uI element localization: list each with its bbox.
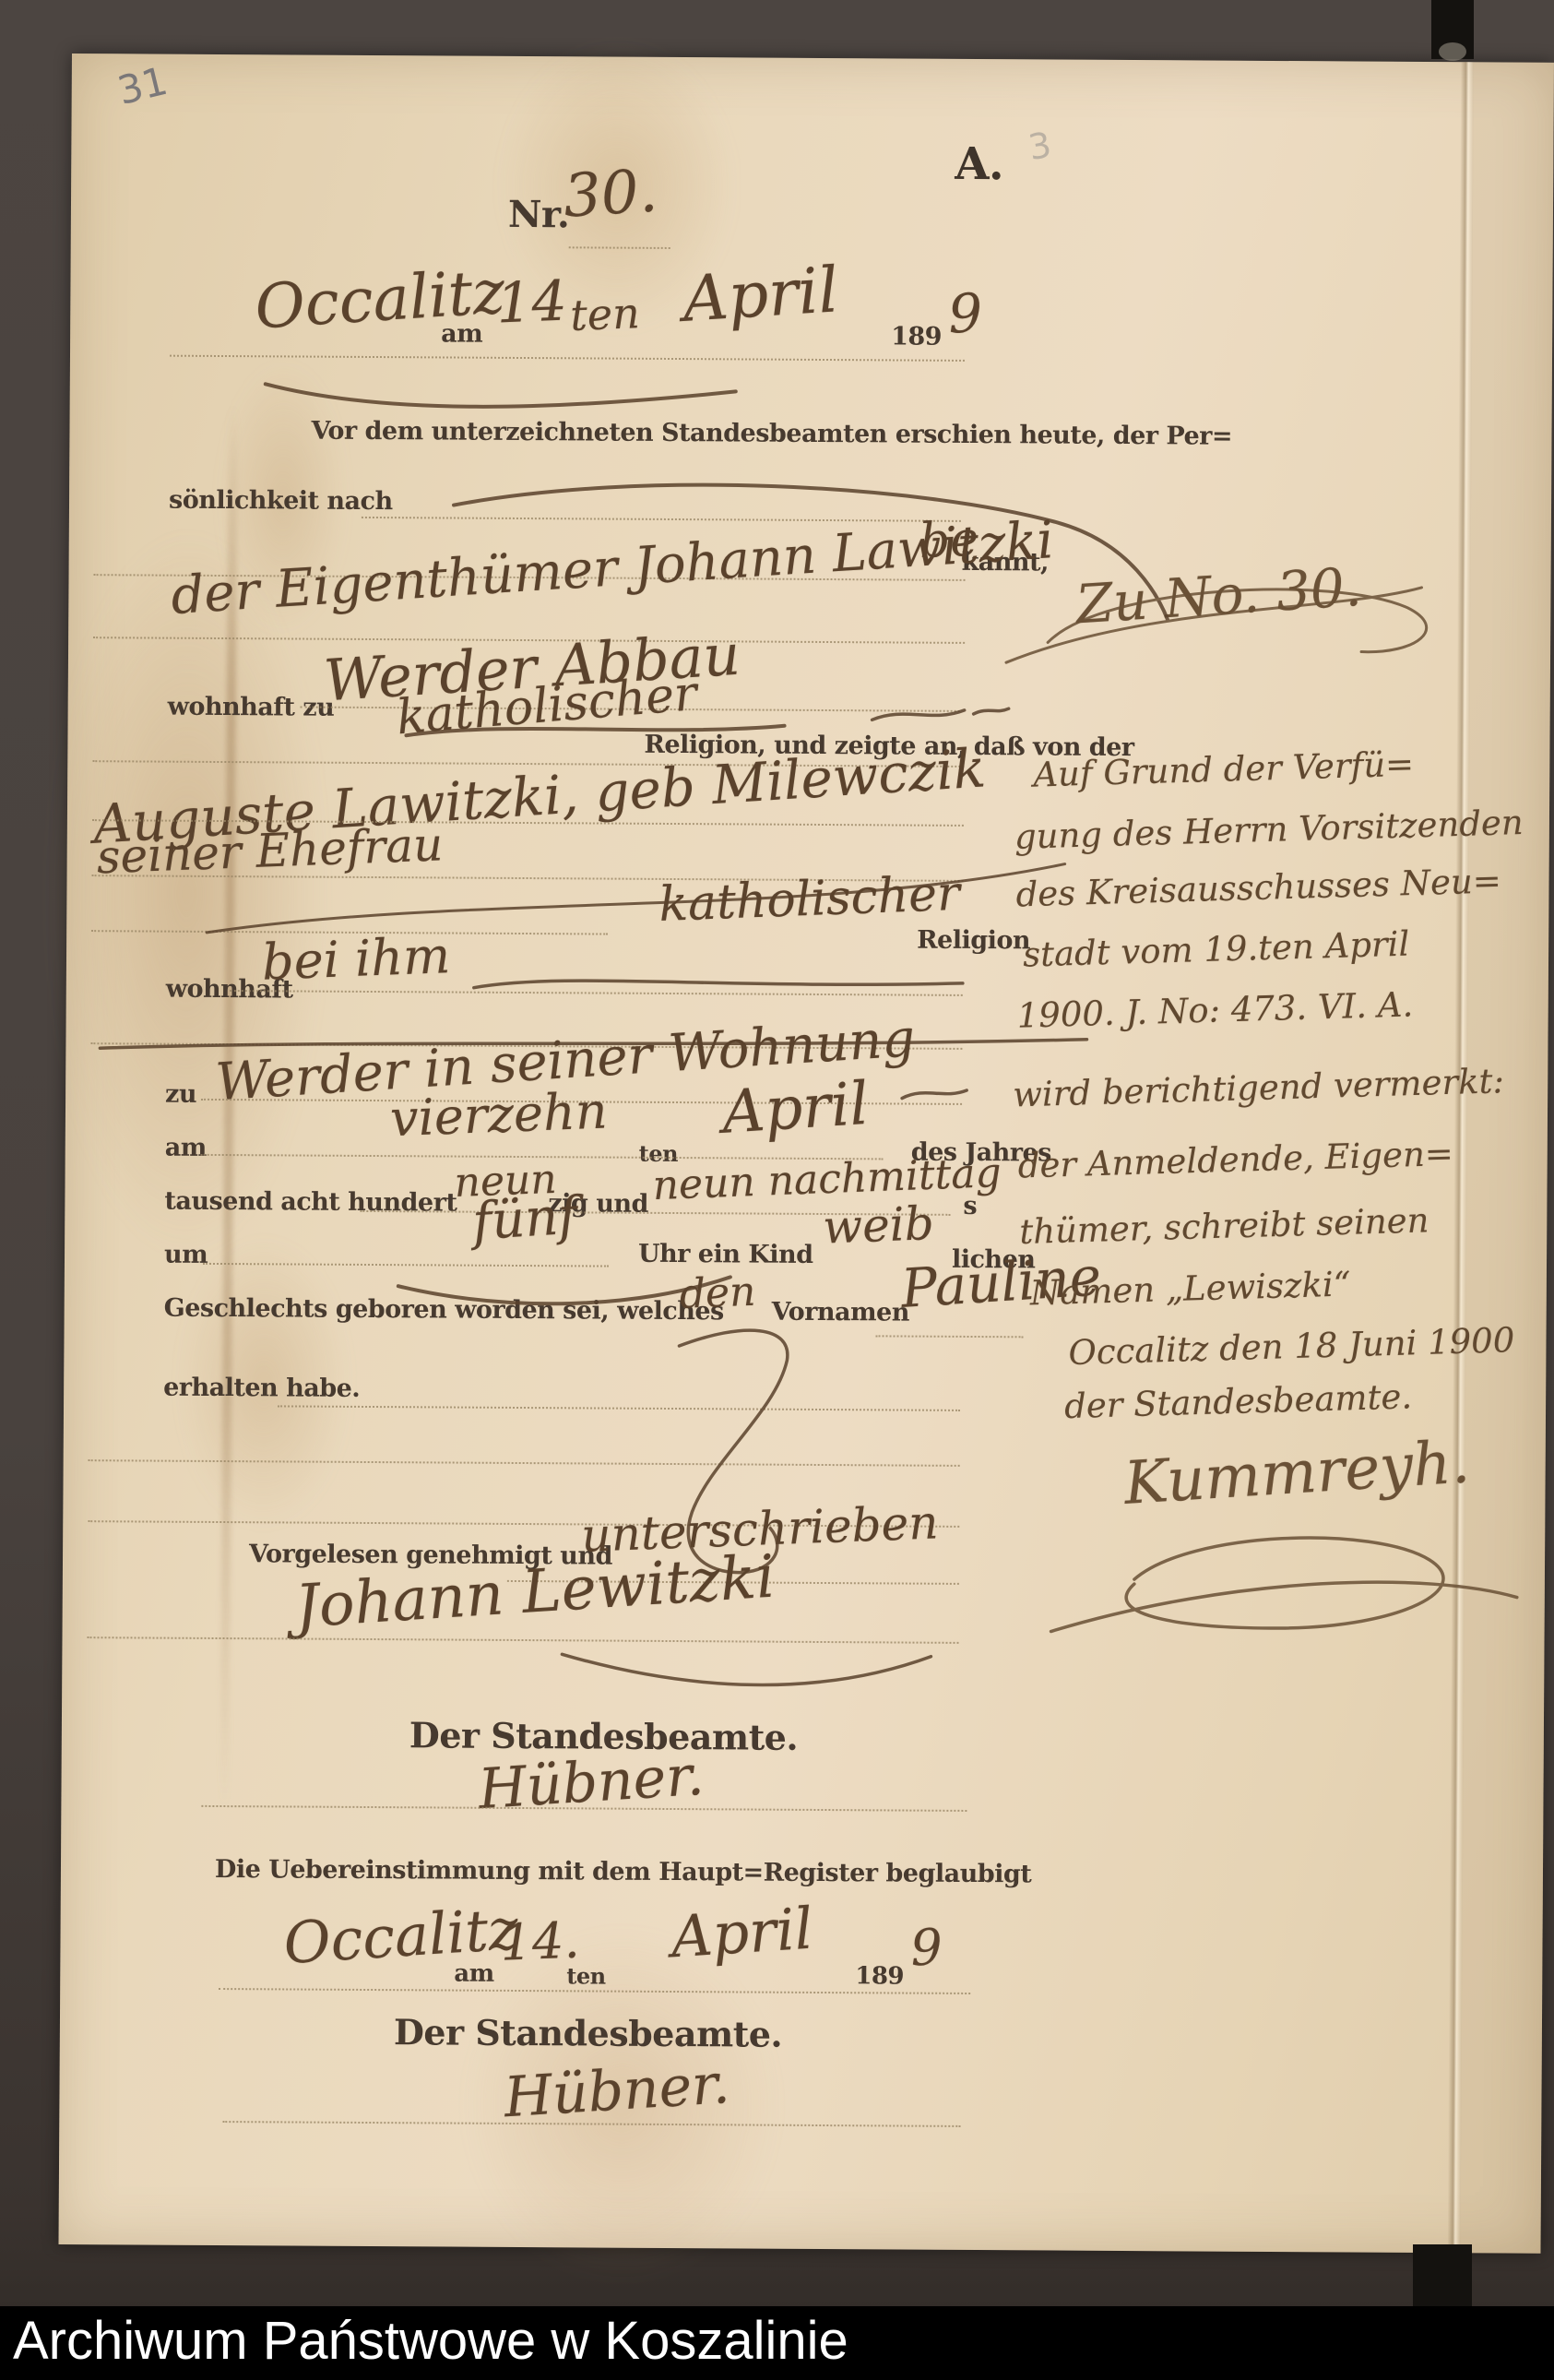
dateline-day: 14 (495, 269, 568, 337)
register-page: 31 3 A. Nr. 30. Occalitz am 14 ten April… (58, 54, 1553, 2254)
religion2-printed: Religion (917, 926, 1030, 956)
certification-line: Die Uebereinstimmung mit dem Haupt=Regis… (215, 1855, 1031, 1888)
pencil-folio-number: 31 (113, 58, 172, 113)
birthyear-s-label: s (963, 1192, 977, 1220)
religion2-entry: katholischer (658, 866, 960, 933)
name-line-printed1: Geschlechts geboren worden sei, welches (164, 1294, 724, 1327)
registrar-title-2: Der Standesbeamte. (394, 2011, 783, 2055)
dateline2-am-label: am (454, 1960, 494, 1988)
dateline-year-digit: 9 (947, 281, 983, 345)
margin-note-line: gung des Herrn Vorsitzenden (1014, 803, 1524, 857)
birthtime-uhr-label: Uhr ein Kind (638, 1240, 813, 1269)
margin-note-line: stadt vom 19.ten April (1023, 924, 1410, 975)
margin-note-line: der Anmeldende, Eigen= (1017, 1134, 1453, 1186)
form-intro-line1: Vor dem unterzeichneten Standesbeamten e… (311, 417, 1232, 451)
record-number-label: Nr. (508, 193, 570, 236)
margin-note-dateline: Occalitz den 18 Juni 1900 (1068, 1320, 1515, 1373)
name-line-printed2: Vornamen (772, 1298, 909, 1327)
record-number-value: 30. (562, 157, 659, 231)
margin-note-line: 1900. J. No: 473. VI. A. (1016, 984, 1414, 1035)
margin-note-line: wird berichtigend vermerkt: (1013, 1061, 1505, 1114)
birthplace-label: zu (165, 1080, 196, 1109)
dateline2-year-printed: 189 (855, 1962, 904, 1990)
child-sex-entry: weib (822, 1196, 934, 1254)
page-edge-tint (1460, 62, 1554, 2253)
archive-watermark-text: Archiwum Państwowe w Koszalinie (13, 2310, 848, 2372)
binding-clamp-bottom (1413, 2244, 1472, 2306)
watermark-bar: Archiwum Państwowe w Koszalinie (0, 2306, 1554, 2380)
dateline2-year-digit: 9 (909, 1918, 943, 1977)
birthdate-month-entry: April (720, 1070, 871, 1148)
dateline-ten: ten (569, 288, 640, 340)
dateline-am-label: am (441, 319, 482, 348)
dateline2-ten-label: ten (566, 1962, 605, 1989)
dotted-line (278, 1405, 960, 1411)
margin-reference: Zu No. 30. (1074, 555, 1364, 637)
margin-note-line: des Kreisausschusses Neu= (1015, 861, 1501, 914)
dotted-line (876, 1335, 1024, 1338)
received-label: erhalten habe. (163, 1374, 360, 1403)
birthyear-tausend-label: tausend acht hundert (164, 1187, 457, 1218)
dotted-line (88, 1636, 959, 1644)
birthdate-day-entry: vierzehn (389, 1081, 609, 1148)
dateline-month: April (681, 254, 840, 337)
form-intro-line2: sönlichkeit nach (169, 486, 393, 516)
dateline2-month: April (669, 1895, 814, 1971)
name-article-entry: den (679, 1268, 756, 1318)
form-section-letter: A. (955, 138, 1003, 190)
margin-note-signature: Kummreyh. (1122, 1428, 1472, 1518)
birthdate-am-label: am (165, 1134, 207, 1162)
dateline-year-printed: 189 (891, 322, 942, 351)
residence2-entry: bei ihm (261, 926, 451, 992)
registrar-signature: Hübner. (477, 1743, 706, 1822)
birthtime-um-label: um (164, 1241, 208, 1269)
margin-note-line: thümer, schreibt seinen (1019, 1200, 1429, 1252)
binding-clamp-tip (1439, 42, 1466, 61)
margin-note-registrar: der Standesbeamte. (1064, 1376, 1413, 1426)
birthtime-hour-entry: fünf (470, 1185, 579, 1252)
margin-note-line: Namen „Lewiszki“ (1029, 1264, 1351, 1313)
dotted-line (230, 990, 963, 996)
scanned-document: 31 3 A. Nr. 30. Occalitz am 14 ten April… (0, 0, 1554, 2380)
pencil-mark: 3 (1026, 125, 1054, 168)
